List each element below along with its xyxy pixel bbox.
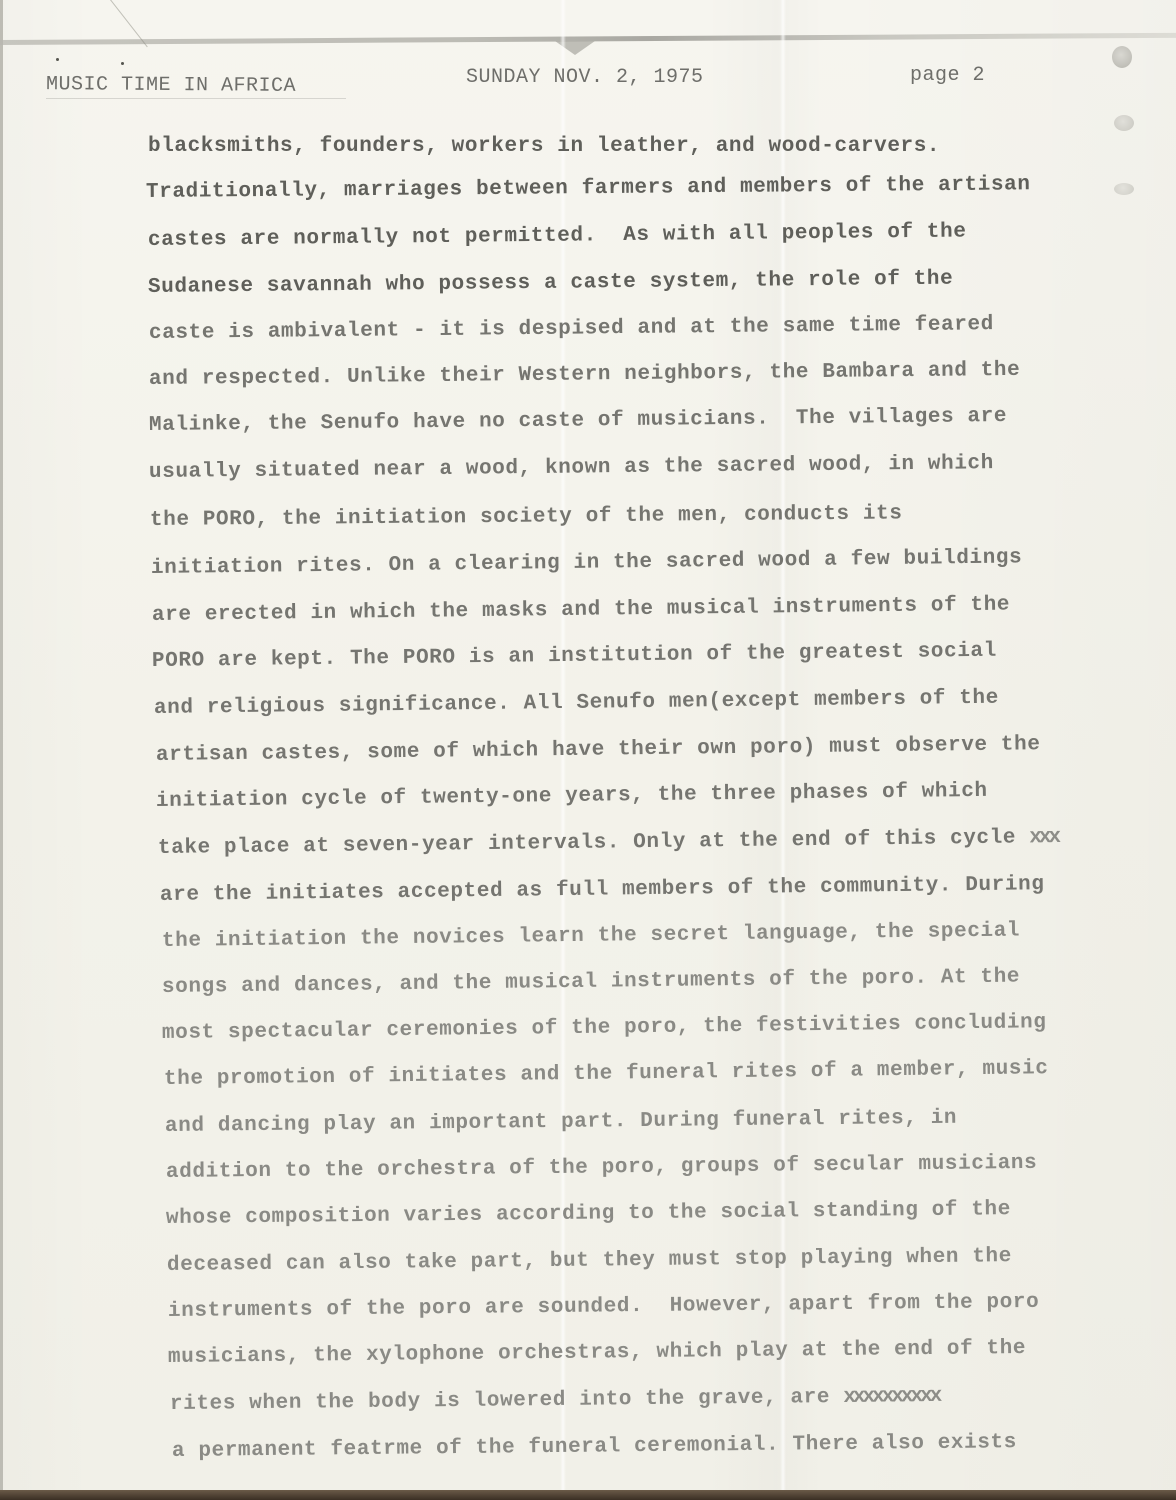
text-line: songs and dances, and the musical instru… [162,966,1020,999]
text-line: the initiation the novices learn the sec… [162,920,1020,953]
text-line: are the initiates accepted as full membe… [160,873,1045,907]
text-line-content: rites when the body is lowered into the … [170,1386,830,1416]
text-line: caste is ambivalent - it is despised and… [149,313,994,345]
text-line: PORO are kept. The PORO is an institutio… [152,640,997,673]
text-line: a permanent featrme of the funeral cerem… [172,1431,1017,1463]
text-line: Malinke, the Senufo have no caste of mus… [149,405,1007,437]
text-line: addition to the orchestra of the poro, g… [166,1152,1038,1184]
text-line: blacksmiths, founders, workers in leathe… [148,135,940,158]
text-line: most spectacular ceremonies of the poro,… [162,1011,1047,1045]
text-line: castes are normally not permitted. As wi… [148,220,967,252]
text-line: Sudanese savannah who possess a caste sy… [148,268,954,299]
text-line: are erected in which the masks and the m… [152,594,1010,627]
document-body: blacksmiths, founders, workers in leathe… [0,0,1176,1500]
text-line: whose composition varies according to th… [166,1198,1011,1230]
text-line: rites when the body is lowered into the … [170,1385,940,1416]
struck-out-text: xxxxxxxxxx [843,1385,939,1409]
text-line: and dancing play an important part. Duri… [165,1107,957,1138]
text-line: Traditionally, marriages between farmers… [146,173,1031,204]
text-line: initiation rites. On a clearing in the s… [151,546,1023,580]
text-line: the PORO, the initiation society of the … [150,502,903,532]
text-line-content: take place at seven-year intervals. Only… [158,827,1016,860]
text-line: take place at seven-year intervals. Only… [158,826,1058,860]
text-line: instruments of the poro are sounded. How… [168,1291,1040,1323]
text-line: and religious significance. All Senufo m… [154,687,999,720]
text-line: and respected. Unlike their Western neig… [149,359,1021,391]
struck-out-text: xxx [1029,826,1058,849]
text-line: the promotion of initiates and the funer… [164,1057,1049,1091]
text-line: usually situated near a wood, known as t… [149,452,994,484]
text-line: artisan castes, some of which have their… [156,733,1041,767]
text-line: initiation cycle of twenty-one years, th… [156,780,988,813]
scanned-page: MUSIC TIME IN AFRICA SUNDAY NOV. 2, 1975… [0,0,1176,1500]
text-line: deceased can also take part, but they mu… [167,1245,1012,1277]
text-line: musicians, the xylophone orchestras, whi… [168,1337,1026,1369]
